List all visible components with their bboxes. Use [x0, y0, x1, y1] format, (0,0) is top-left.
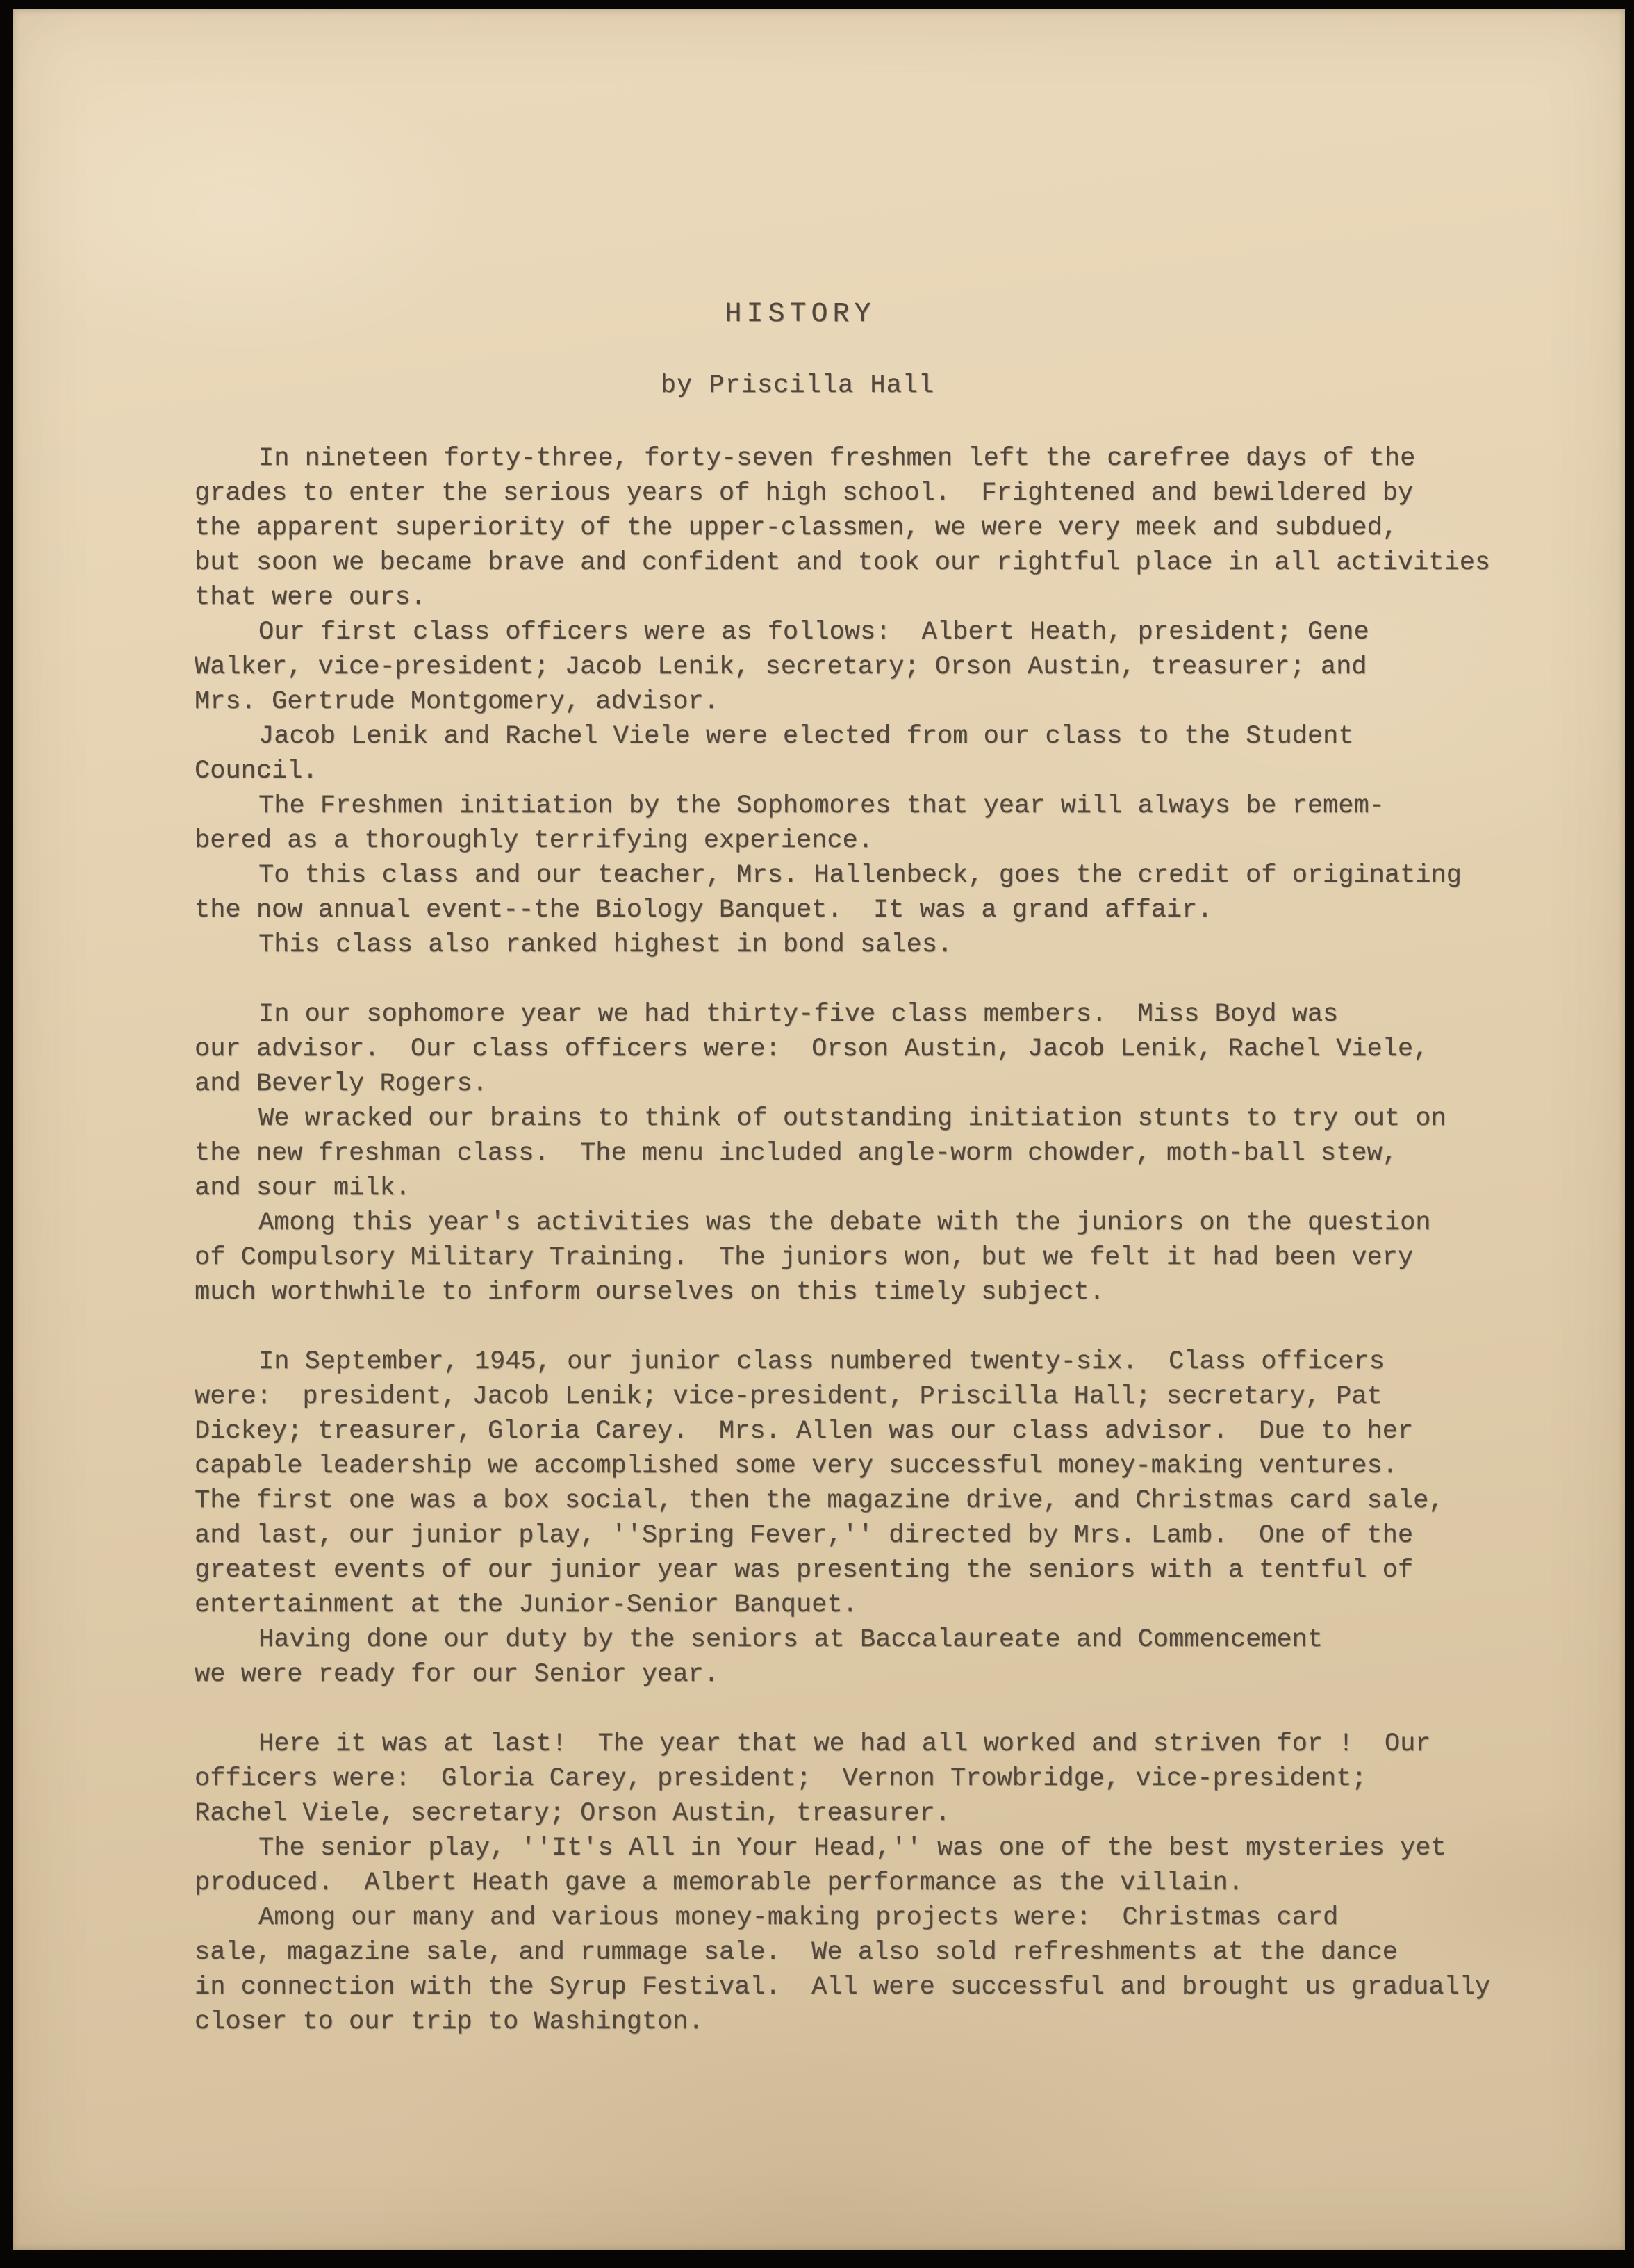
paragraph: Jacob Lenik and Rachel Viele were electe…: [195, 719, 1501, 789]
paragraph: Here it was at last! The year that we ha…: [195, 1727, 1501, 1831]
paragraph: Among this year's activities was the deb…: [195, 1206, 1501, 1310]
scanned-page: HISTORY by Priscilla Hall In nineteen fo…: [13, 9, 1625, 2250]
page-title: HISTORY: [147, 297, 1453, 332]
paragraph: In nineteen forty-three, forty-seven fre…: [195, 441, 1501, 615]
byline: by Priscilla Hall: [145, 368, 1451, 403]
section-junior-year: In September, 1945, our junior class num…: [195, 1345, 1501, 1692]
paragraph: To this class and our teacher, Mrs. Hall…: [195, 858, 1501, 928]
paragraph: In September, 1945, our junior class num…: [195, 1345, 1501, 1622]
section-freshman-year: In nineteen forty-three, forty-seven fre…: [195, 441, 1501, 962]
paragraph: Our first class officers were as follows…: [195, 615, 1501, 719]
section-sophomore-year: In our sophomore year we had thirty-five…: [195, 997, 1501, 1310]
paragraph: The senior play, ''It's All in Your Head…: [195, 1831, 1501, 1900]
typewritten-content: HISTORY by Priscilla Hall In nineteen fo…: [195, 9, 1501, 2039]
section-senior-year: Here it was at last! The year that we ha…: [195, 1727, 1501, 2039]
paragraph: The Freshmen initiation by the Sophomore…: [195, 789, 1501, 858]
paragraph: Having done our duty by the seniors at B…: [195, 1622, 1501, 1692]
paragraph: We wracked our brains to think of outsta…: [195, 1101, 1501, 1206]
document-body: In nineteen forty-three, forty-seven fre…: [195, 441, 1501, 2039]
paragraph: This class also ranked highest in bond s…: [195, 928, 1501, 962]
paragraph: In our sophomore year we had thirty-five…: [195, 997, 1501, 1101]
paragraph: Among our many and various money-making …: [195, 1900, 1501, 2039]
